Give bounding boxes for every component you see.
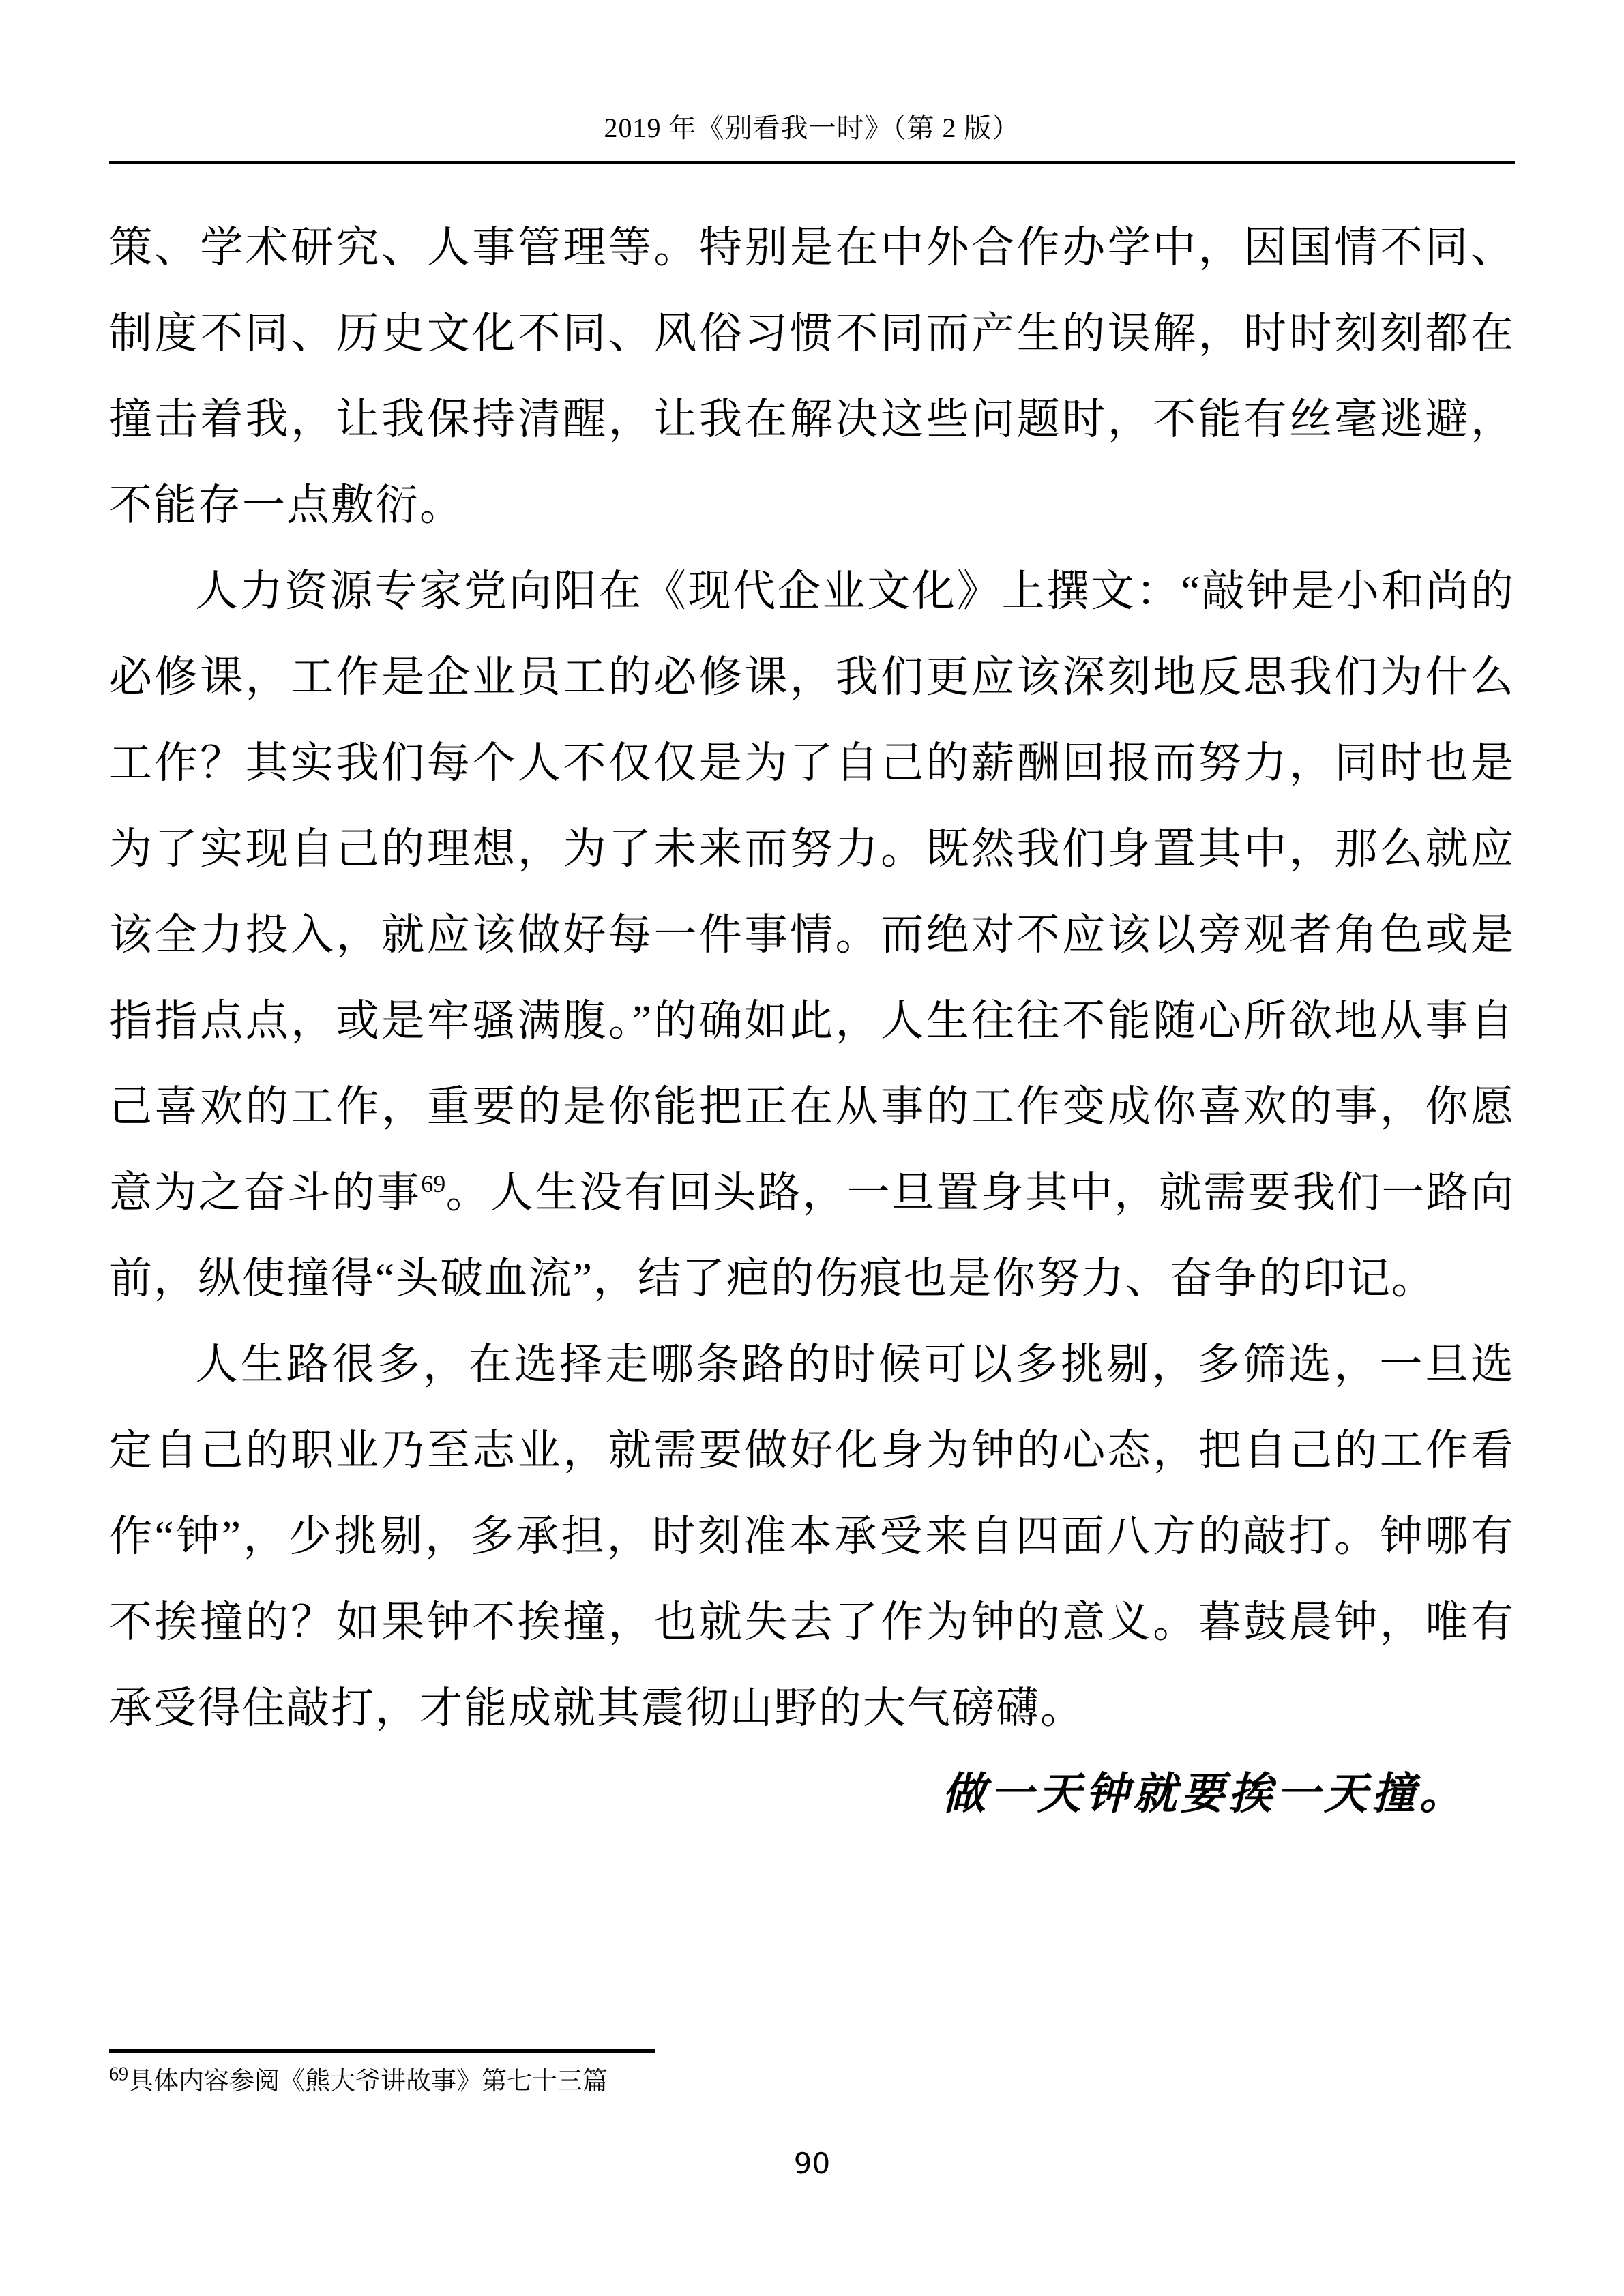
closing-aphorism: 做一天钟就要挨一天撞。 bbox=[109, 1751, 1515, 1837]
paragraph-3-text: 人生路很多，在选择走哪条路的时候可以多挑剔，多筛选，一旦选定自己的职业乃至志业，… bbox=[109, 1341, 1515, 1732]
footnote-separator-line bbox=[109, 2049, 655, 2053]
paragraph-quote: 人力资源专家党向阳在《现代企业文化》上撰文：“敲钟是小和尚的必修课，工作是企业员… bbox=[109, 548, 1515, 1322]
page-number: 90 bbox=[0, 2147, 1624, 2180]
paragraph-conclusion: 人生路很多，在选择走哪条路的时候可以多挑剔，多筛选，一旦选定自己的职业乃至志业，… bbox=[109, 1322, 1515, 1751]
document-page: 2019 年《别看我一时》（第 2 版） 策、学术研究、人事管理等。特别是在中外… bbox=[0, 0, 1624, 2296]
footnote-number: 69 bbox=[109, 2064, 128, 2085]
footnote-text: 具体内容参阅《熊大爷讲故事》第七十三篇 bbox=[128, 2068, 608, 2096]
running-header-title: 2019 年《别看我一时》（第 2 版） bbox=[109, 109, 1515, 147]
header-divider-line bbox=[109, 161, 1515, 164]
footnote: 69具体内容参阅《熊大爷讲故事》第七十三篇 bbox=[109, 2065, 1515, 2099]
paragraph-continuation: 策、学术研究、人事管理等。特别是在中外合作办学中，因国情不同、制度不同、历史文化… bbox=[109, 205, 1515, 548]
paragraph-1-text: 策、学术研究、人事管理等。特别是在中外合作办学中，因国情不同、制度不同、历史文化… bbox=[109, 224, 1515, 529]
body-text-block: 策、学术研究、人事管理等。特别是在中外合作办学中，因国情不同、制度不同、历史文化… bbox=[109, 205, 1515, 1837]
footnote-reference-marker: 69 bbox=[421, 1170, 445, 1197]
paragraph-2-text-before-ref: 人力资源专家党向阳在《现代企业文化》上撰文：“敲钟是小和尚的必修课，工作是企业员… bbox=[109, 567, 1515, 1217]
